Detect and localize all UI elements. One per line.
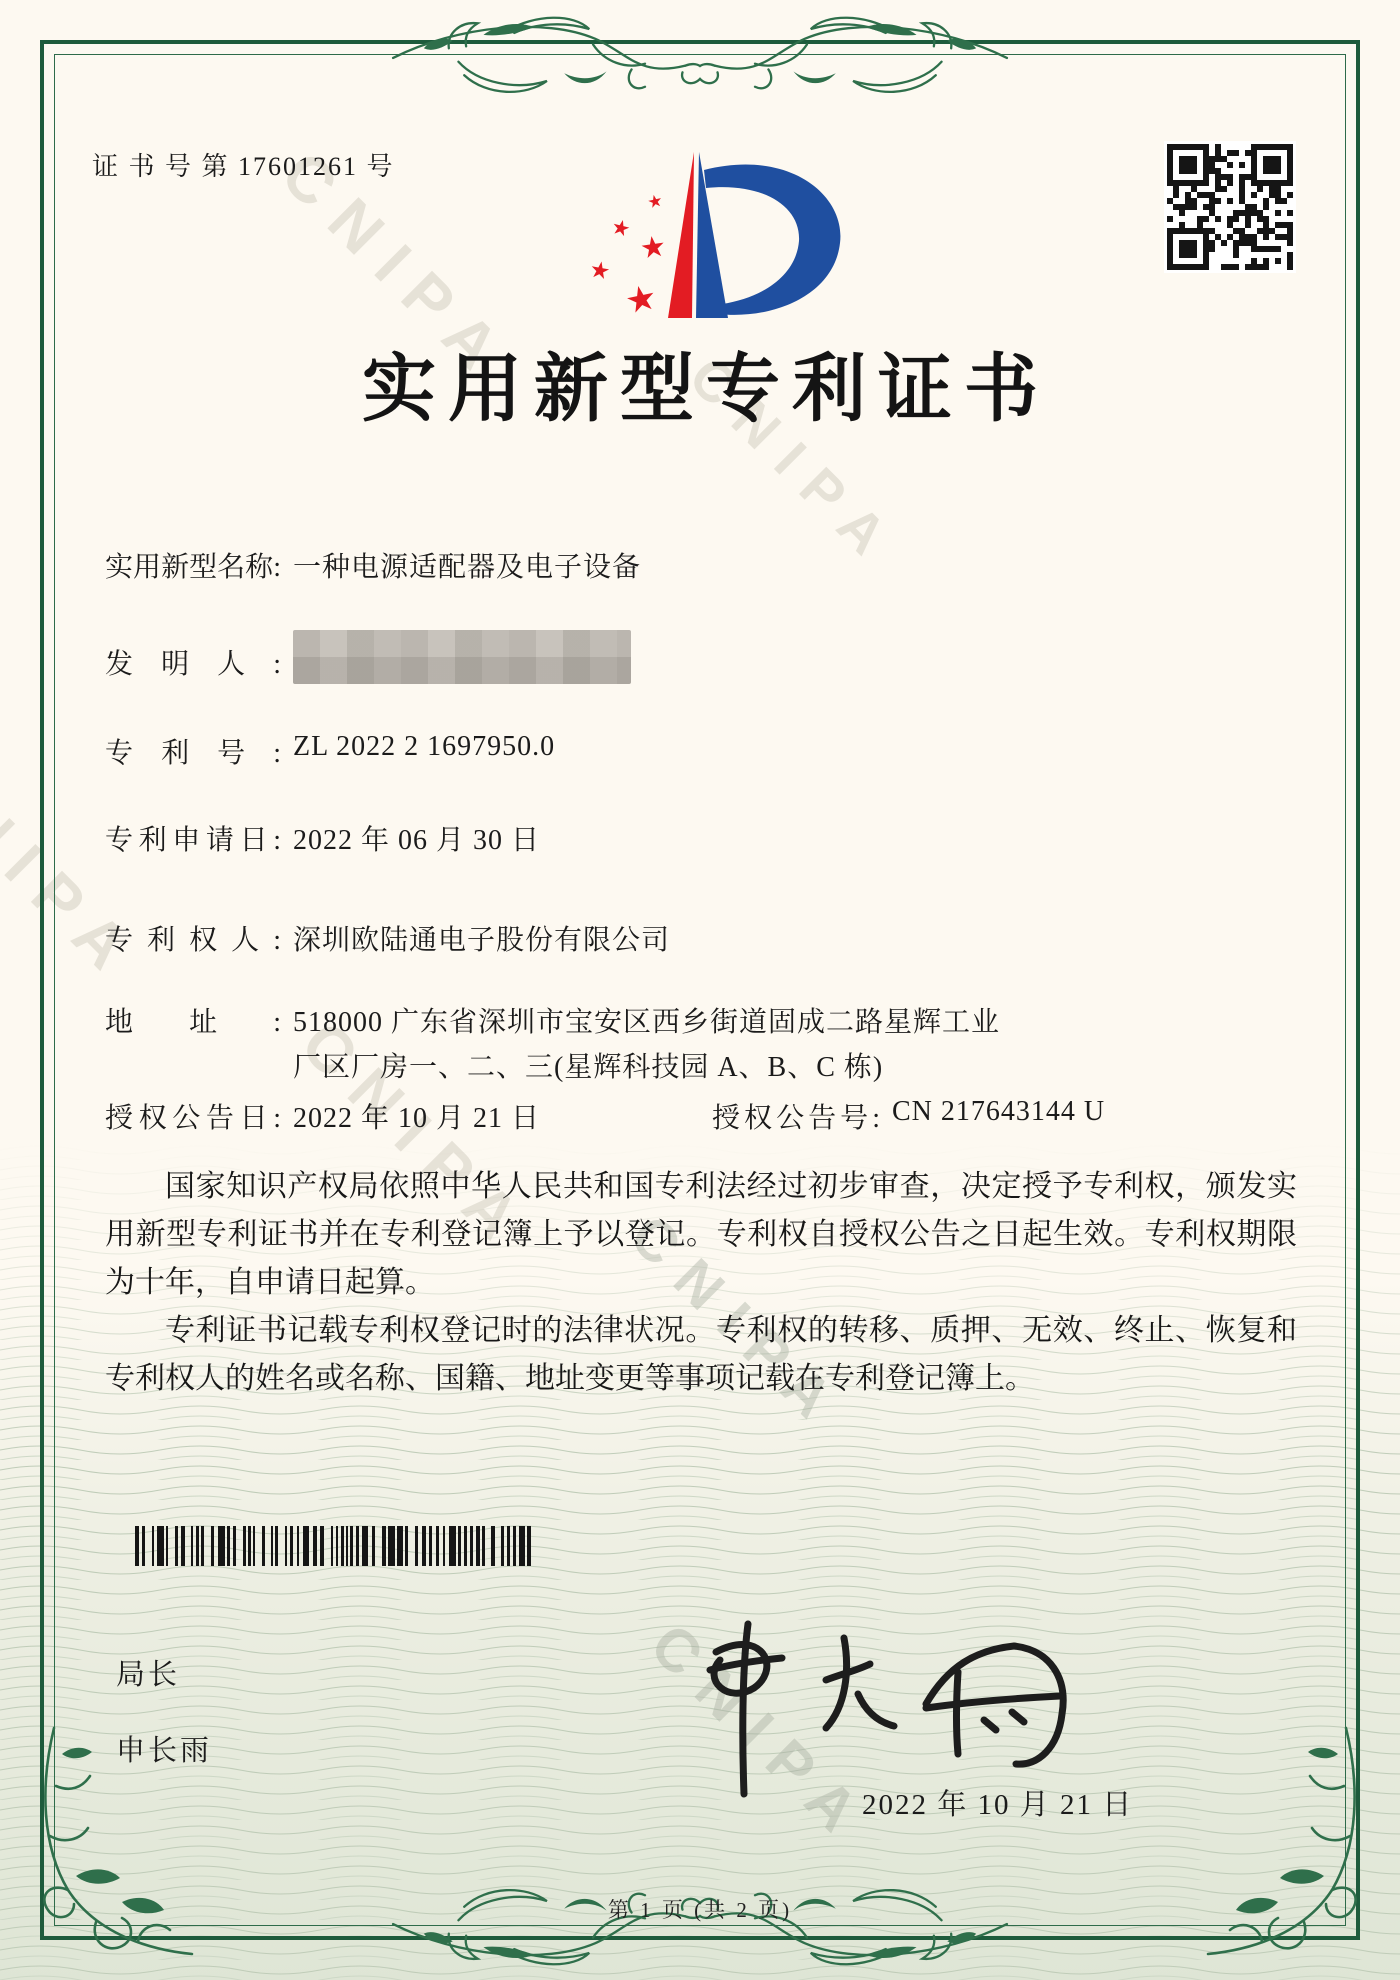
field-value: ZL 2022 2 1697950.0: [293, 731, 555, 763]
field-row-grant-date: 授权公告日: 2022 年 10 月 21 日: [105, 1096, 540, 1136]
field-value: CN 217643144 U: [892, 1096, 1105, 1136]
director-title: 局长: [116, 1652, 180, 1693]
field-value: 2022 年 06 月 30 日: [293, 818, 540, 858]
field-label: 授权公告日:: [105, 1096, 281, 1136]
issue-date: 2022 年 10 月 21 日: [862, 1782, 1133, 1823]
svg-text:★: ★: [622, 277, 661, 323]
field-label: 实用新型名称:: [105, 545, 281, 585]
field-row-filing-date: 专利申请日: 2022 年 06 月 30 日: [105, 818, 540, 858]
qr-code: [1164, 141, 1296, 273]
svg-text:★: ★: [587, 256, 612, 285]
field-row-patentee: 专利权人: 深圳欧陆通电子股份有限公司: [105, 918, 670, 958]
body-paragraph-1: 国家知识产权局依照中华人民共和国专利法经过初步审查，决定授予专利权，颁发实用新型…: [105, 1163, 1297, 1307]
svg-text:★: ★: [609, 214, 633, 242]
barcode: [133, 1526, 535, 1566]
field-label: 专利号:: [105, 731, 281, 771]
director-name: 申长雨: [116, 1728, 212, 1769]
redacted-inventor-blur: [293, 630, 631, 684]
field-label: 授权公告号:: [712, 1096, 880, 1136]
patent-certificate-page: CNIPA CNIPA CNIPA CNIPA CNIPA CNIPA 证 书 …: [0, 0, 1400, 1980]
field-value: 深圳欧陆通电子股份有限公司: [293, 918, 670, 958]
svg-text:★: ★: [646, 191, 665, 214]
field-row-inventor: 发明人:: [105, 642, 281, 682]
certificate-title: 实用新型专利证书: [0, 330, 1400, 436]
legal-body-text: 国家知识产权局依照中华人民共和国专利法经过初步审查，决定授予专利权，颁发实用新型…: [105, 1163, 1297, 1403]
field-label: 专利权人:: [105, 918, 281, 958]
field-label: 发明人:: [105, 642, 281, 682]
certificate-number: 证 书 号 第 17601261 号: [92, 146, 395, 183]
field-row-address: 地址: 518000 广东省深圳市宝安区西乡街道固成二路星辉工业 厂区厂房一、二…: [105, 1000, 1000, 1090]
body-paragraph-2: 专利证书记载专利权登记时的法律状况。专利权的转移、质押、无效、终止、恢复和专利权…: [105, 1307, 1297, 1403]
logo-stars: ★ ★ ★ ★ ★: [587, 191, 668, 323]
director-signature: [620, 1608, 1100, 1808]
field-value: 518000 广东省深圳市宝安区西乡街道固成二路星辉工业 厂区厂房一、二、三(星…: [293, 1000, 1000, 1090]
page-footer: 第 1 页 (共 2 页): [0, 1894, 1400, 1924]
field-row-grant-number: 授权公告号: CN 217643144 U: [712, 1096, 1105, 1136]
field-value: 一种电源适配器及电子设备: [293, 545, 641, 585]
field-label: 专利申请日:: [105, 818, 281, 858]
logo-p-bowl: [704, 164, 840, 314]
field-label: 地址:: [105, 1000, 281, 1040]
svg-text:★: ★: [638, 228, 668, 265]
certificate-content: 证 书 号 第 17601261 号 ★ ★ ★ ★ ★ 实用新型专利证书 实用…: [0, 0, 1400, 1980]
field-row-utility-model-name: 实用新型名称: 一种电源适配器及电子设备: [105, 545, 641, 585]
field-row-patent-number: 专利号: ZL 2022 2 1697950.0: [105, 731, 555, 771]
logo-spike-red: [668, 152, 694, 318]
cnipa-logo: ★ ★ ★ ★ ★: [555, 130, 845, 325]
field-value: 2022 年 10 月 21 日: [293, 1096, 540, 1136]
